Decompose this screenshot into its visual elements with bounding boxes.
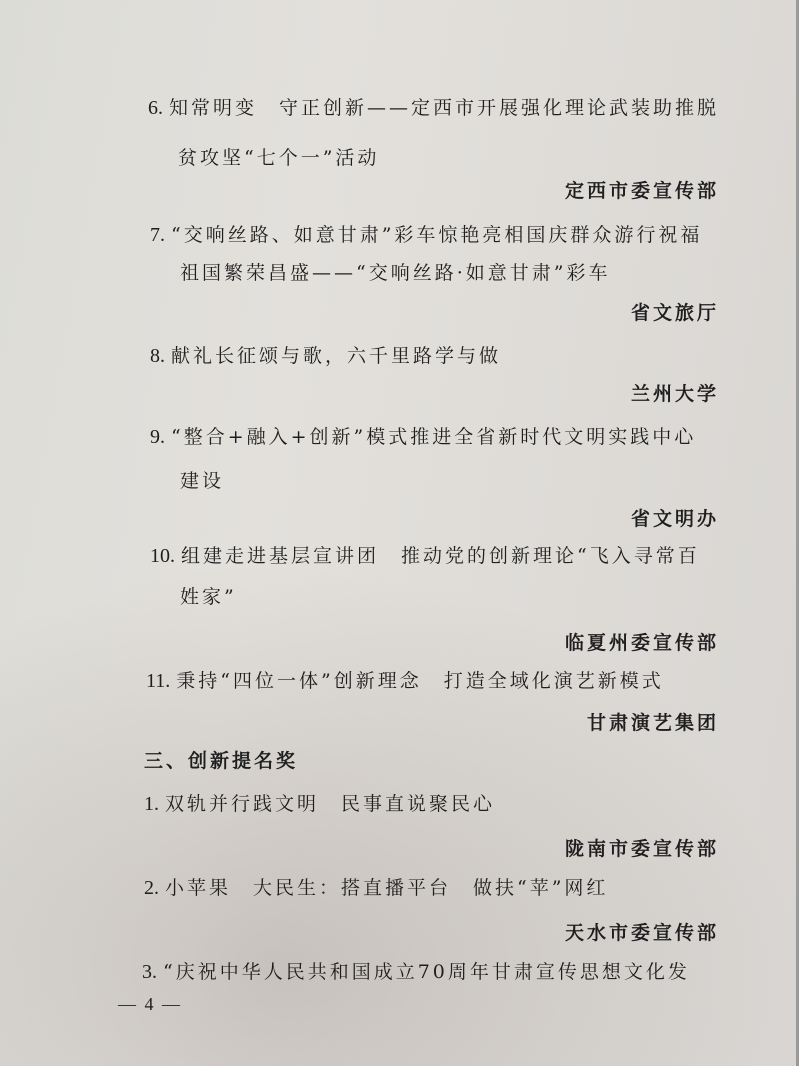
section3-org-2: 天水市委宣传部 bbox=[565, 918, 719, 945]
list-item-10: 10.组建走进基层宣讲团 推动党的创新理论“飞入寻常百 bbox=[150, 541, 700, 568]
section3-item-3: 3.“庆祝中华人民共和国成立70周年甘肃宣传思想文化发 bbox=[142, 957, 690, 984]
org-8: 兰州大学 bbox=[631, 379, 719, 406]
section3-org-1: 陇南市委宣传部 bbox=[565, 834, 719, 861]
list-item-9-cont: 建设 bbox=[180, 466, 224, 493]
org-9: 省文明办 bbox=[631, 504, 719, 531]
org-10: 临夏州委宣传部 bbox=[565, 628, 719, 655]
list-item-11: 11.秉持“四位一体”创新理念 打造全域化演艺新模式 bbox=[146, 666, 664, 693]
page-number: — 4 — bbox=[118, 994, 182, 1015]
list-item-8: 8.献礼长征颂与歌，六千里路学与做 bbox=[150, 341, 501, 368]
list-item-6-cont: 贫攻坚“七个一”活动 bbox=[178, 143, 379, 170]
section-heading: 三、创新提名奖 bbox=[144, 746, 298, 773]
list-item-7: 7.“交响丝路、如意甘肃”彩车惊艳亮相国庆群众游行祝福 bbox=[150, 220, 702, 247]
list-item-7-cont: 祖国繁荣昌盛——“交响丝路·如意甘肃”彩车 bbox=[180, 258, 610, 285]
list-item-6: 6.知常明变 守正创新——定西市开展强化理论武装助推脱 bbox=[148, 93, 719, 120]
org-11: 甘肃演艺集团 bbox=[587, 708, 719, 735]
org-6: 定西市委宣传部 bbox=[565, 176, 719, 203]
section3-item-1: 1.双轨并行践文明 民事直说聚民心 bbox=[144, 789, 495, 816]
org-7: 省文旅厅 bbox=[631, 298, 719, 325]
list-item-9: 9.“整合+融入+创新”模式推进全省新时代文明实践中心 bbox=[150, 422, 696, 449]
section3-item-2: 2.小苹果 大民生：搭直播平台 做扶“苹”网红 bbox=[144, 873, 608, 900]
list-item-10-cont: 姓家” bbox=[180, 582, 237, 609]
